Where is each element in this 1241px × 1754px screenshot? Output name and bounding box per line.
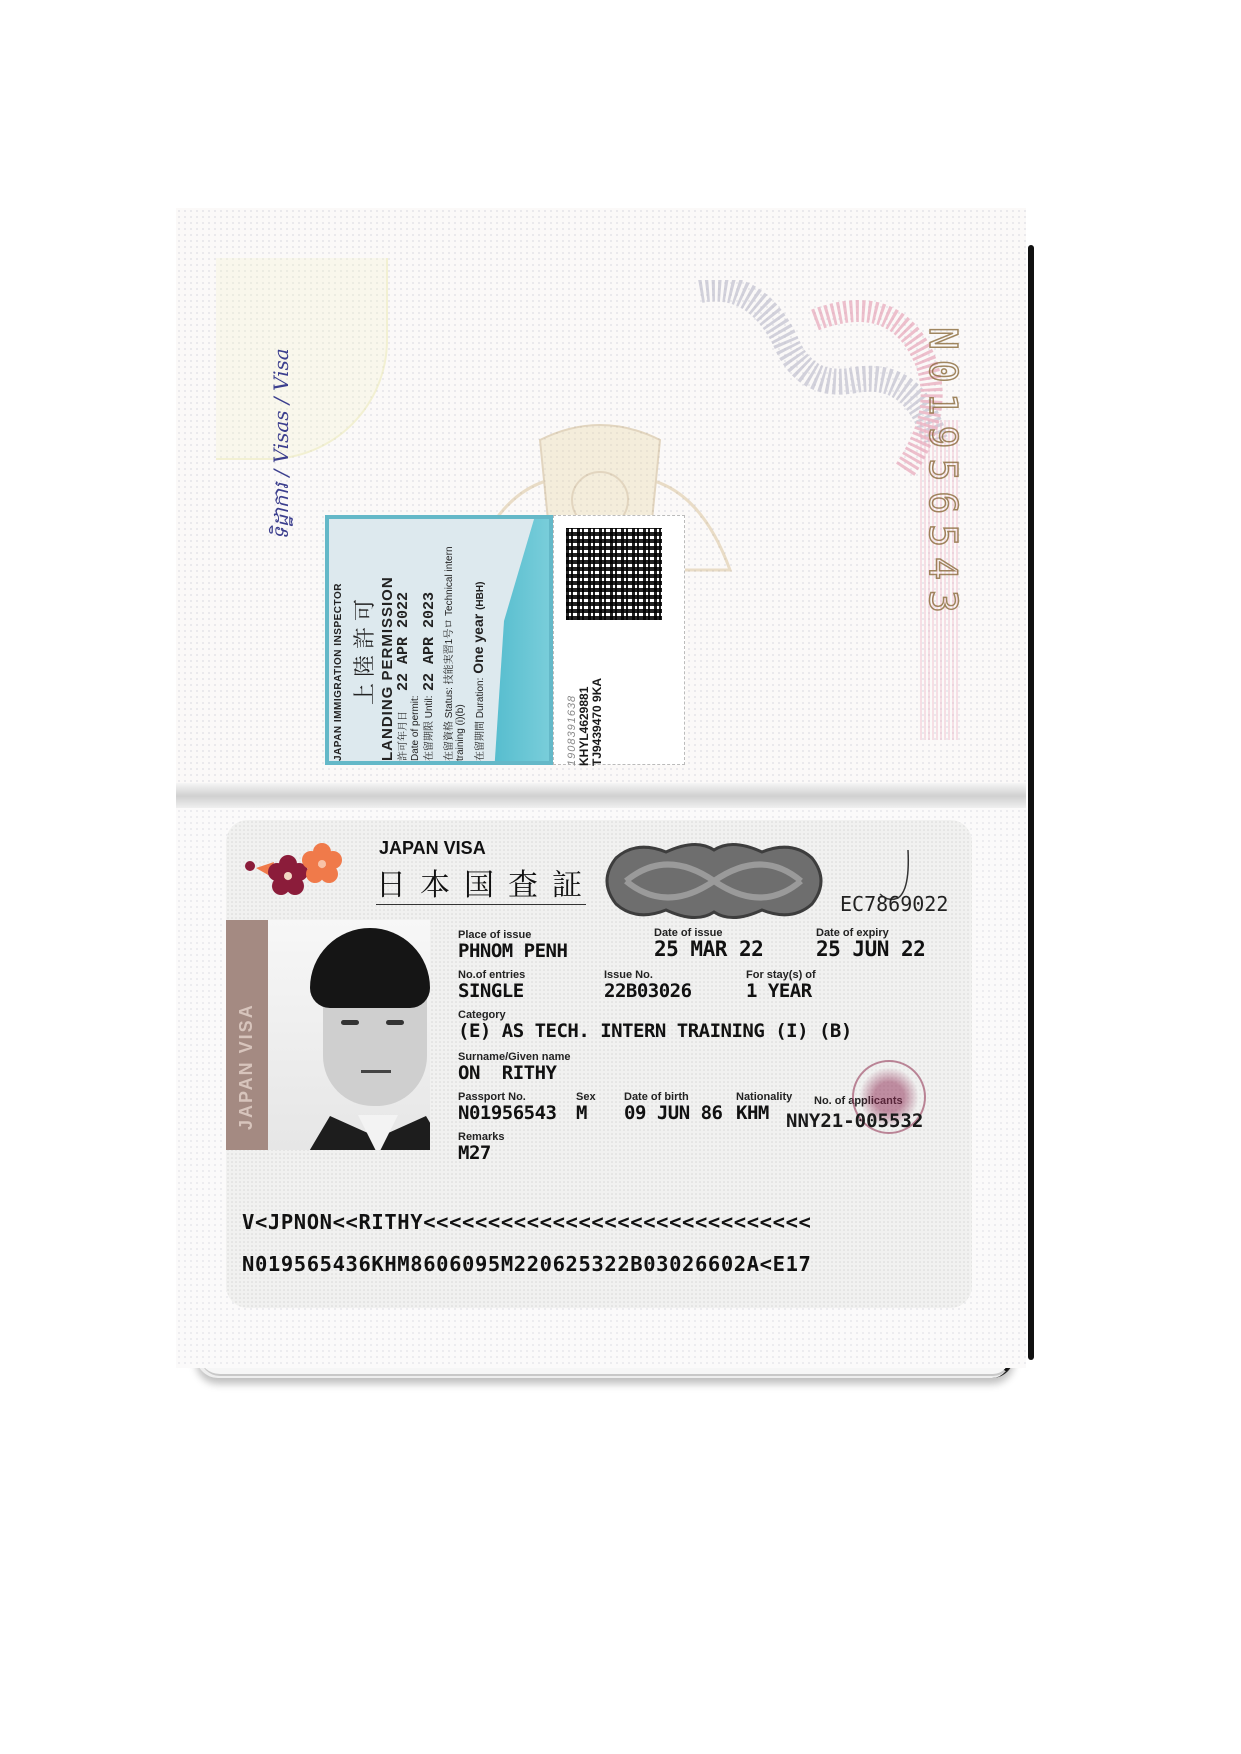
photo-hair <box>310 928 430 1008</box>
date-of-issue-value: 25 MAR 22 <box>654 939 763 959</box>
code-2: TJ9439470 9KA <box>591 636 604 766</box>
dob-value: 09 JUN 86 <box>624 1103 722 1123</box>
photo-eye <box>341 1020 359 1025</box>
passport-no-field: Passport No. N01956543 <box>458 1092 556 1123</box>
duration-row: 在留期間 Duration: One year (HBH) <box>470 527 486 761</box>
category-field: Category (E) AS TECH. INTERN TRAINING (I… <box>458 1010 852 1041</box>
nationality-field: Nationality KHM <box>736 1092 792 1123</box>
passport-no-value: N01956543 <box>458 1103 556 1123</box>
title-underline <box>376 904 586 905</box>
issue-no-field: Issue No. 22B03026 <box>604 970 692 1001</box>
dob-field: Date of birth 09 JUN 86 <box>624 1092 722 1123</box>
visa-serial: EC7869022 <box>840 892 948 916</box>
photo-eye <box>386 1020 404 1025</box>
date-of-permit-row: 許可年月日 Date of permit: 22 APR 2022 <box>398 527 422 761</box>
name-field: Surname/Given name ON RITHY <box>458 1052 571 1083</box>
duration-value: One year <box>470 614 486 674</box>
stay-value: 1 YEAR <box>746 981 816 1001</box>
date-of-permit-label: 許可年月日 Date of permit: <box>398 691 422 761</box>
office-code: (HBH) <box>475 582 486 610</box>
photo-mouth <box>361 1070 391 1073</box>
passport-cover-edge <box>1028 245 1034 1360</box>
landing-title-kanji: 上陸許可 <box>348 527 379 761</box>
place-of-issue-value: PHNOM PENH <box>458 941 567 961</box>
nationality-value: KHM <box>736 1103 792 1123</box>
qr-code-icon <box>566 528 662 620</box>
sex-field: Sex M <box>576 1092 596 1123</box>
status-label: 在留資格 Status: <box>444 687 455 761</box>
place-of-issue-field: Place of issue PHNOM PENH <box>458 930 567 961</box>
until-row: 在留期限 Until: 22 APR 2023 <box>424 527 436 761</box>
landing-permission-panel: JAPAN IMMIGRATION INSPECTOR 上陸許可 LANDING… <box>325 515 553 765</box>
page-label: ទិដ្ឋាការ / Visas / Visa <box>268 348 298 540</box>
visa-title: JAPAN VISA <box>379 838 486 859</box>
dragon-watermark-icon <box>695 280 955 480</box>
photo-band-text: JAPAN VISA <box>236 1003 257 1130</box>
holder-photo <box>268 920 430 1150</box>
landing-qr-panel: 1908391638 KHYL4629881 TJ9439470 9KA <box>553 515 685 765</box>
reference-number: NNY21-005532 <box>786 1110 923 1132</box>
passport-fold <box>176 783 1026 809</box>
status-row: 在留資格 Status: 技能実習1号ロ Technical intern tr… <box>440 527 466 761</box>
until-label: 在留期限 Until: <box>424 691 436 761</box>
until-value: 22 APR 2023 <box>424 592 436 691</box>
landing-title: LANDING PERMISSION <box>379 527 396 761</box>
date-of-permit-value: 22 APR 2022 <box>398 592 422 691</box>
security-pattern <box>216 258 388 460</box>
remarks-value: M27 <box>458 1143 504 1163</box>
mrz-line-2: N019565436KHM8606095M220625322B03026602A… <box>242 1252 811 1276</box>
date-of-expiry-field: Date of expiry 25 JUN 22 <box>816 928 925 959</box>
stay-field: For stay(s) of 1 YEAR <box>746 970 816 1001</box>
duration-label: 在留期間 Duration: <box>475 678 486 761</box>
cherry-blossom-icon <box>244 842 344 902</box>
entries-value: SINGLE <box>458 981 525 1001</box>
inspector-header: JAPAN IMMIGRATION INSPECTOR <box>333 527 344 761</box>
name-value: ON RITHY <box>458 1063 571 1083</box>
sex-value: M <box>576 1103 596 1123</box>
landing-codes: 1908391638 KHYL4629881 TJ9439470 9KA <box>566 636 604 766</box>
visa-title-kanji: 日本国査証 <box>376 860 596 904</box>
date-of-issue-field: Date of issue 25 MAR 22 <box>654 928 763 959</box>
landing-permission-text: JAPAN IMMIGRATION INSPECTOR 上陸許可 LANDING… <box>329 519 553 765</box>
landing-permission-sticker: JAPAN IMMIGRATION INSPECTOR 上陸許可 LANDING… <box>325 515 685 765</box>
ornamental-seal-icon <box>596 838 831 924</box>
japan-visa-sticker: JAPAN VISA 日本国査証 EC7869022 JAPAN VISA Pl… <box>226 820 972 1308</box>
perforated-passport-number: N01956543 <box>921 327 965 623</box>
category-value: (E) AS TECH. INTERN TRAINING (I) (B) <box>458 1021 852 1041</box>
remarks-field: Remarks M27 <box>458 1132 504 1163</box>
date-of-expiry-value: 25 JUN 22 <box>816 939 925 959</box>
issue-no-value: 22B03026 <box>604 981 692 1001</box>
entries-field: No.of entries SINGLE <box>458 970 525 1001</box>
mrz-line-1: V<JPNON<<RITHY<<<<<<<<<<<<<<<<<<<<<<<<<<… <box>242 1210 811 1234</box>
